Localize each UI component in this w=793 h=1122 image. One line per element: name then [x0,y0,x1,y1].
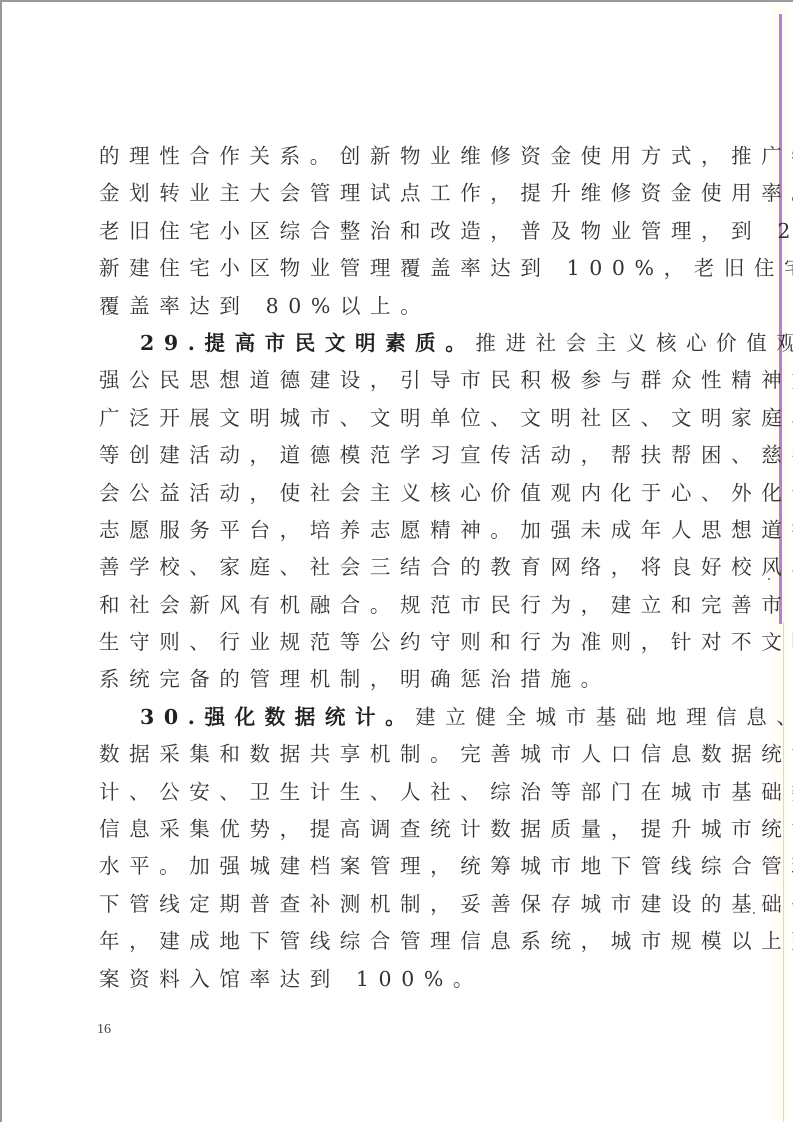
text-line: 案资料入馆率达到 100%。 [99,961,711,998]
text-line: 系统完备的管理机制，明确惩治措施。 [99,661,711,698]
document-page: 的理性合作关系。创新物业维修资金使用方式，推广物业维修资 金划转业主大会管理试点… [0,0,793,1122]
text-line: 和社会新风有机融合。规范市民行为，建立和完善市民公约、学 [99,587,711,624]
item-number: 30. [140,705,204,729]
body-text: 的理性合作关系。创新物业维修资金使用方式，推广物业维修资 金划转业主大会管理试点… [99,138,711,998]
text-line: 等创建活动，道德模范学习宣传活动，帮扶帮困、慈善捐赠等社 [99,437,711,474]
text-line: 新建住宅小区物业管理覆盖率达到 100%，老旧住宅小区物业管理 [99,250,711,287]
text-line: 生守则、行业规范等公约守则和行为准则，针对不文明行为建立 [99,624,711,661]
item-number: 29. [140,331,204,355]
text-line: 强公民思想道德建设，引导市民积极参与群众性精神文明创建， [99,362,711,399]
text-line: 会公益活动，使社会主义核心价值观内化于心、外化于行。优化 [99,475,711,512]
text-line: 金划转业主大会管理试点工作，提升维修资金使用率。加快推进 [99,175,711,212]
text-line: 的理性合作关系。创新物业维修资金使用方式，推广物业维修资 [99,138,711,175]
paragraph-item-30: 30.强化数据统计。建立健全城市基础地理信息、人口信息 数据采集和数据共享机制。… [99,699,711,998]
text-line: 30.强化数据统计。建立健全城市基础地理信息、人口信息 [99,699,711,736]
item-heading: 强化数据统计。 [204,705,415,729]
text-line: 信息采集优势，提高调查统计数据质量，提升城市统计服务决策 [99,811,711,848]
text-line: 计、公安、卫生计生、人社、综治等部门在城市基础数据方面的 [99,774,711,811]
text-line: 广泛开展文明城市、文明单位、文明社区、文明家庭、文明校园 [99,400,711,437]
text-line: 下管线定期普查补测机制，妥善保存城市建设的基础信息，到 2018 [99,886,711,923]
page-number: 16 [97,1022,111,1038]
text-line: 年，建成地下管线综合管理信息系统，城市规模以上建设工程档 [99,923,711,960]
paragraph-item-29: 29.提高市民文明素质。推进社会主义核心价值观建设，加 强公民思想道德建设，引导… [99,325,711,699]
item-text: 推进社会主义核心价值观建设，加 [475,331,793,355]
item-heading: 提高市民文明素质。 [204,331,475,355]
text-line: 水平。加强城建档案管理，统筹城市地下管线综合管理，建立地 [99,848,711,885]
text-line: 29.提高市民文明素质。推进社会主义核心价值观建设，加 [99,325,711,362]
text-line: 老旧住宅小区综合整治和改造，普及物业管理，到 2020 年，城市 [99,213,711,250]
text-line: 数据采集和数据共享机制。完善城市人口信息数据统计，发挥统 [99,736,711,773]
text-line: 志愿服务平台，培养志愿精神。加强未成年人思想道德建设，完 [99,512,711,549]
text-line: 覆盖率达到 80%以上。 [99,288,711,325]
item-text: 建立健全城市基础地理信息、人口信息 [415,705,793,729]
paragraph-continuation: 的理性合作关系。创新物业维修资金使用方式，推广物业维修资 金划转业主大会管理试点… [99,138,711,325]
text-line: 善学校、家庭、社会三结合的教育网络，将良好校风、优良家风 [99,549,711,586]
